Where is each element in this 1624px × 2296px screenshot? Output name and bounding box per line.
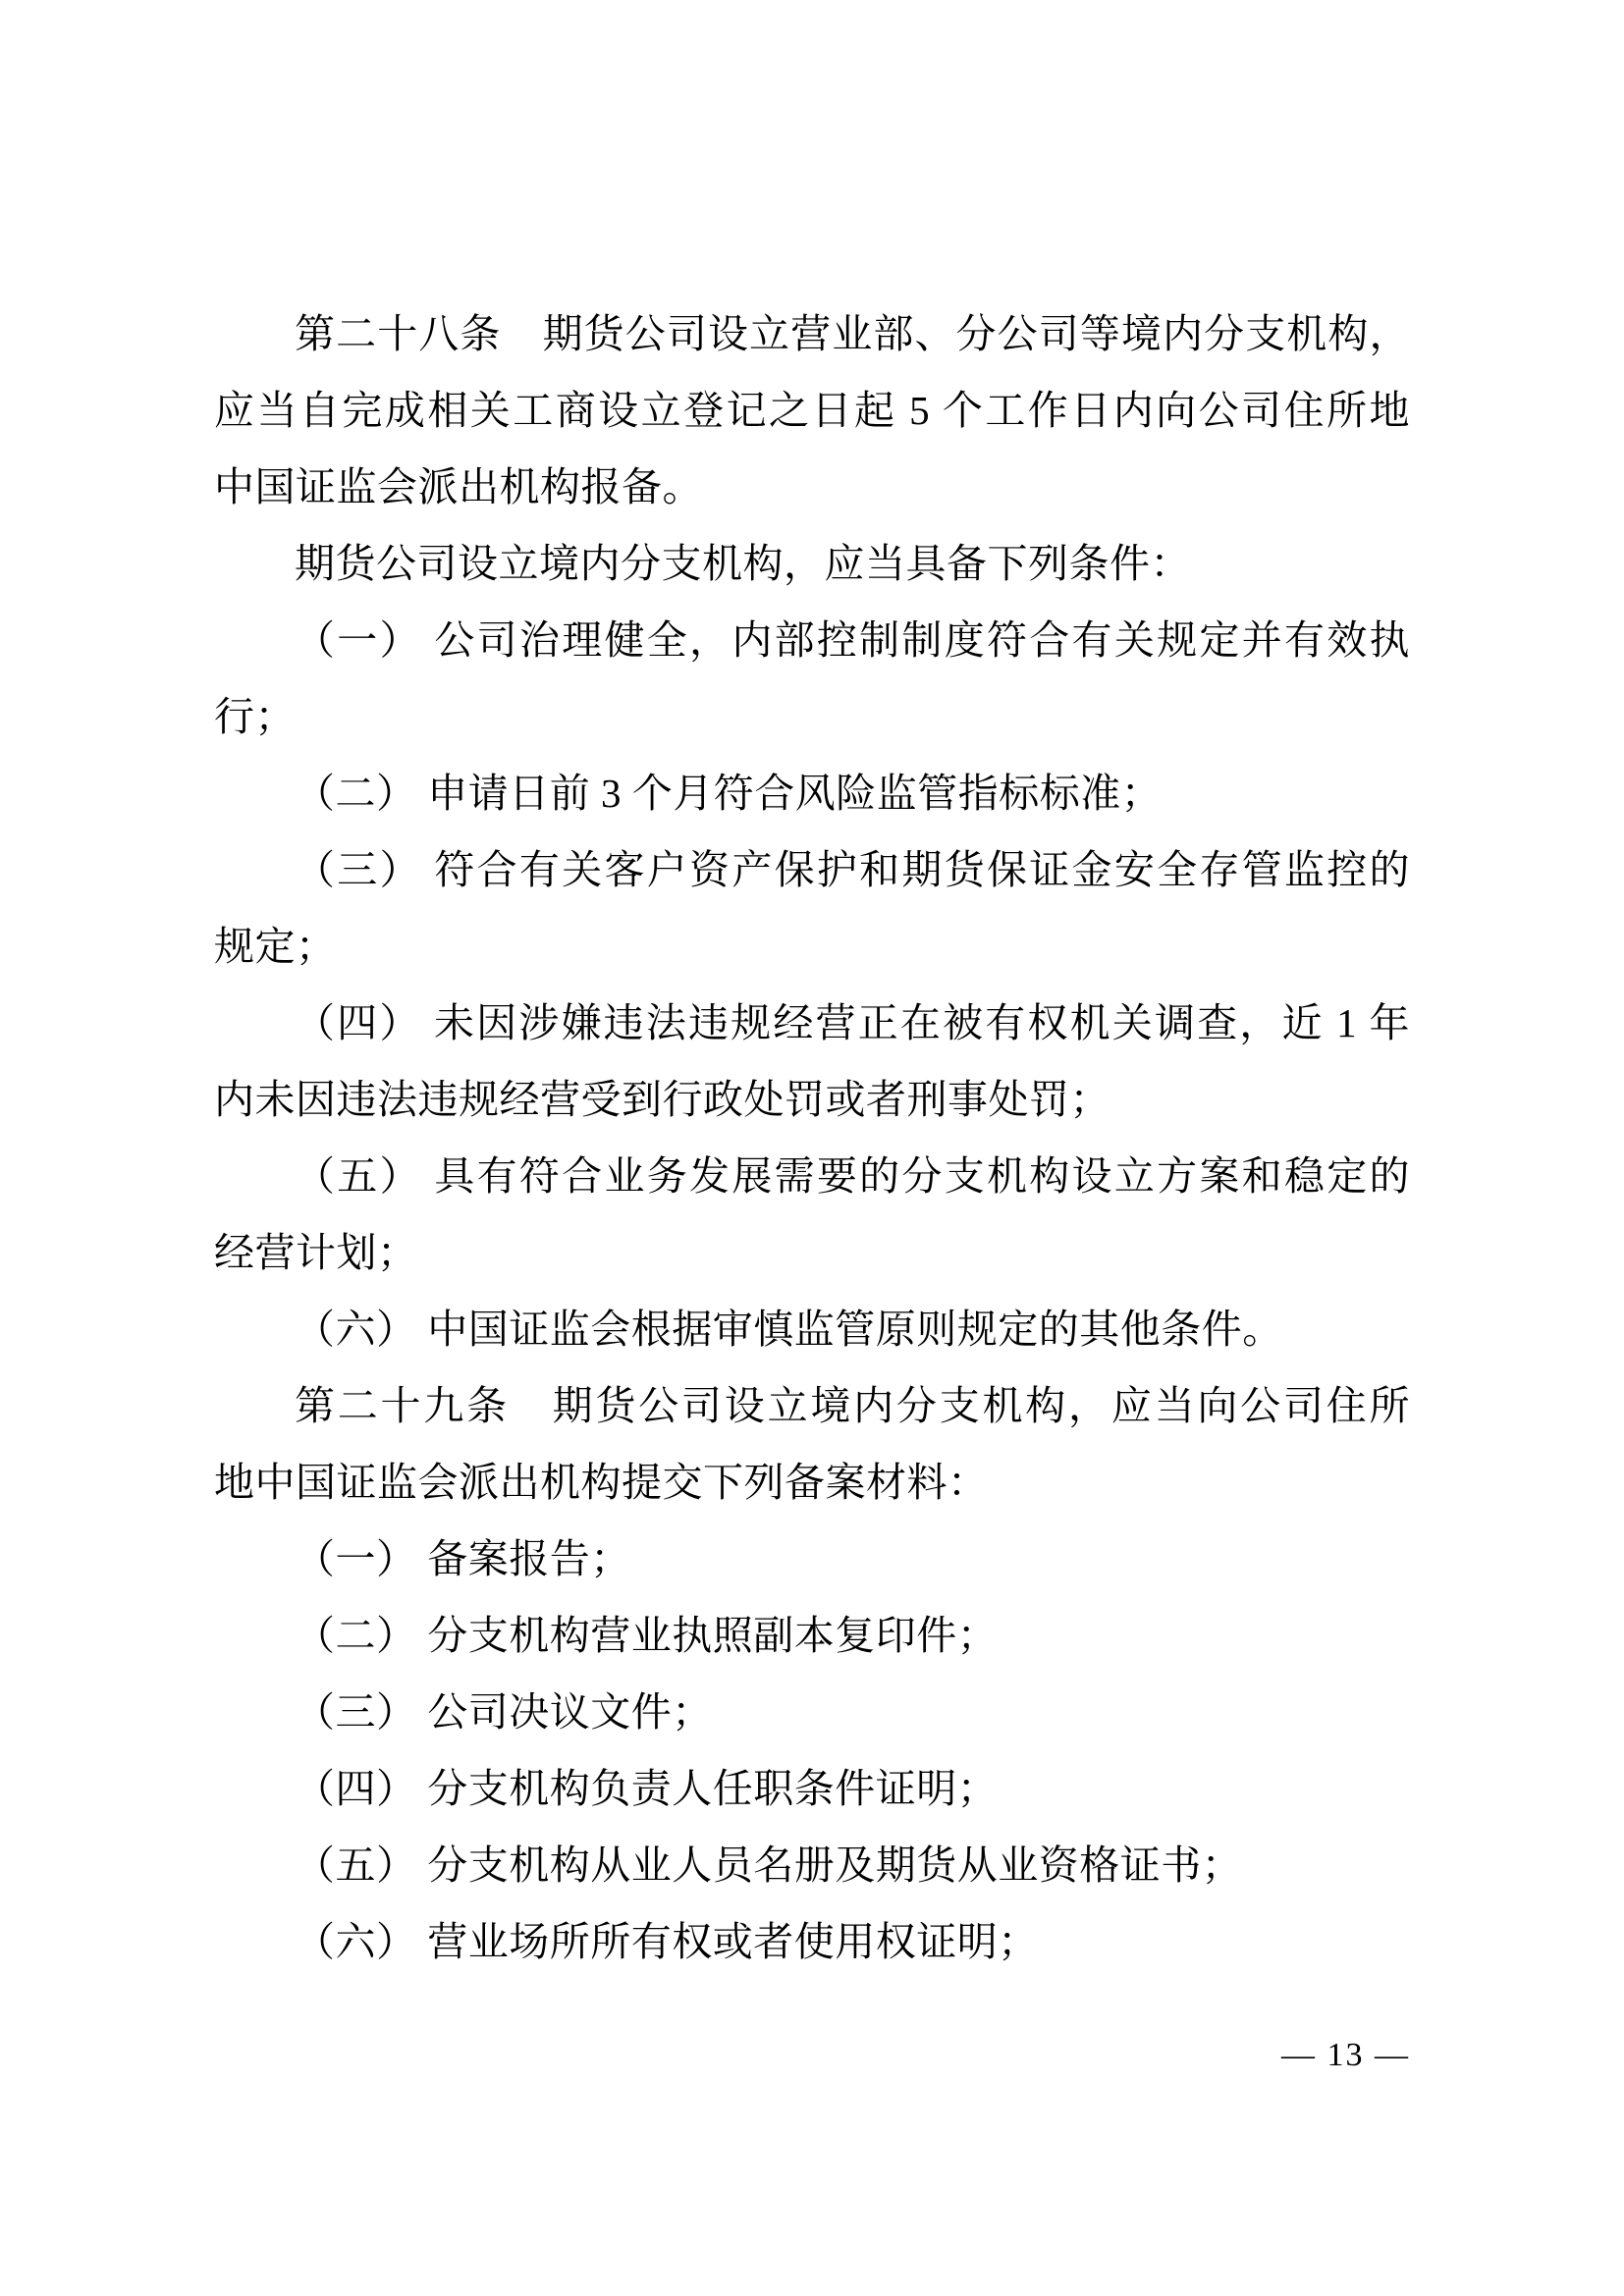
text-line: 应当自完成相关工商设立登记之日起 5 个工作日内向公司住所地	[214, 372, 1410, 449]
text-line: （三） 公司决议文件；	[214, 1674, 1410, 1750]
text-line: 行；	[214, 678, 1410, 755]
text-line: 规定；	[214, 908, 1410, 985]
document-page: 第二十八条 期货公司设立营业部、分公司等境内分支机构，应当自完成相关工商设立登记…	[0, 0, 1624, 2296]
text-line: （一） 备案报告；	[214, 1521, 1410, 1597]
text-line: （三） 符合有关客户资产保护和期货保证金安全存管监控的	[214, 831, 1410, 908]
text-line: 中国证监会派出机构报备。	[214, 449, 1410, 525]
text-line: 内未因违法违规经营受到行政处罚或者刑事处罚；	[214, 1061, 1410, 1138]
text-line: （一） 公司治理健全，内部控制制度符合有关规定并有效执	[214, 602, 1410, 678]
page-number: — 13 —	[1281, 2037, 1410, 2073]
text-line: 地中国证监会派出机构提交下列备案材料：	[214, 1444, 1410, 1521]
text-line: （二） 分支机构营业执照副本复印件；	[214, 1597, 1410, 1674]
page-footer: — 13 —	[1281, 2030, 1410, 2081]
text-line: （六） 营业场所所有权或者使用权证明；	[214, 1903, 1410, 1980]
text-line: （四） 分支机构负责人任职条件证明；	[214, 1750, 1410, 1827]
text-line: 经营计划；	[214, 1214, 1410, 1291]
text-line: （五） 分支机构从业人员名册及期货从业资格证书；	[214, 1827, 1410, 1903]
text-body: 第二十八条 期货公司设立营业部、分公司等境内分支机构，应当自完成相关工商设立登记…	[214, 295, 1410, 1980]
text-line: （四） 未因涉嫌违法违规经营正在被有权机关调查，近 1 年	[214, 985, 1410, 1061]
text-line: （六） 中国证监会根据审慎监管原则规定的其他条件。	[214, 1291, 1410, 1367]
text-line: 第二十九条 期货公司设立境内分支机构，应当向公司住所	[214, 1367, 1410, 1444]
text-line: （二） 申请日前 3 个月符合风险监管指标标准；	[214, 755, 1410, 831]
text-line: 期货公司设立境内分支机构，应当具备下列条件：	[214, 525, 1410, 602]
text-line: （五） 具有符合业务发展需要的分支机构设立方案和稳定的	[214, 1138, 1410, 1214]
text-line: 第二十八条 期货公司设立营业部、分公司等境内分支机构，	[214, 295, 1410, 372]
